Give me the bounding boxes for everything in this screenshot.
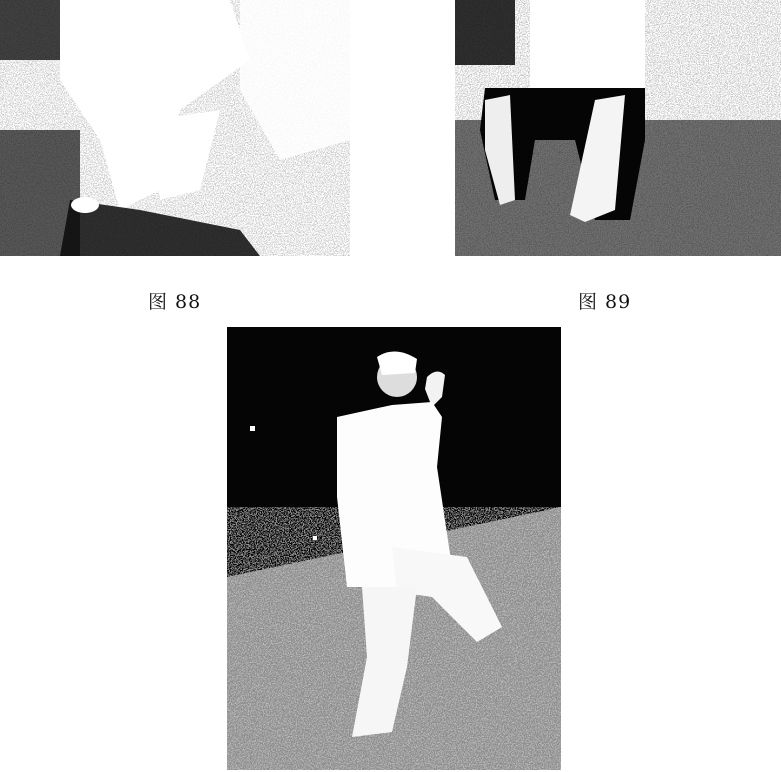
- figure-89-caption: 图 89: [578, 287, 631, 314]
- figure-88-photo: [0, 0, 350, 256]
- figure-88-caption: 图 88: [148, 287, 201, 314]
- figure-90-photo: [227, 327, 561, 770]
- legs-photo-image: [0, 0, 350, 256]
- figure-89-photo: [455, 0, 781, 256]
- legs-photo-image: [455, 0, 781, 256]
- man-posing-photo-image: [227, 327, 561, 770]
